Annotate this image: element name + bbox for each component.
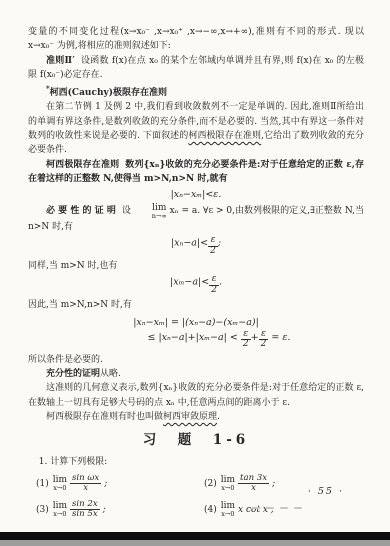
fraction-numerator: ε	[241, 330, 251, 339]
para-discussion: 在第二节例 1 及例 2 中,我们看到收敛数列不一定是单调的. 因此,准则Ⅱ所给…	[28, 100, 364, 157]
para-necessary-conclusion-text: 所以条件是必要的.	[28, 355, 103, 365]
formula-triangle-line1: |xₙ−xₘ| = |(xₙ−a)−(xₘ−a)|	[28, 315, 364, 330]
fraction-denominator: x	[238, 483, 269, 493]
formula-cauchy-condition: |xₙ−xₘ|<ε.	[28, 188, 364, 201]
fraction-denominator: sin 5x	[70, 509, 100, 519]
fraction-numerator: sin 2x	[70, 500, 100, 509]
fraction-denominator: x	[70, 483, 101, 493]
formula-line2-post: = ε.	[268, 332, 290, 343]
para-sufficiency: 充分性的证明从略.	[28, 367, 364, 381]
criterion-statement-label: 柯西极限存在准则	[46, 160, 119, 170]
lim-subscript: x→0	[221, 511, 235, 518]
fraction-epsilon-half: ε2	[209, 275, 219, 295]
fraction-denominator: 2	[259, 339, 269, 349]
para-geometric-meaning: 这准则的几何意义表示,数列{xₙ}收敛的充分必要条件是:对于任意给定的正数 ε,…	[28, 381, 364, 410]
criterion-2-text: 设函数 f(x)在点 x₀ 的某个左邻域内单调并且有界,则 f(x)在 x₀ 的…	[28, 56, 364, 80]
limit-operator: limx→0	[53, 502, 67, 518]
exercise-2-fraction: tan 3xx	[238, 474, 269, 493]
exercise-item-3: (3) limx→0 sin 2xsin 5x ;	[36, 499, 204, 521]
limit-operator: limx→0	[221, 502, 235, 518]
exercise-item-1: (1) limx→0 sin ωxx ;	[36, 473, 204, 495]
lim-subscript: x→0	[53, 511, 67, 518]
para-necessary-conclusion: 所以条件是必要的.	[28, 353, 364, 367]
scan-artifact-dashes	[252, 507, 322, 511]
fraction-numerator: ε	[259, 330, 269, 339]
para-therefore-text: 因此,当 m>N,n>N 时,有	[28, 300, 132, 310]
formula-xm-bound-post: .	[219, 277, 222, 288]
exercises-intro: 1. 计算下列极限:	[28, 455, 364, 469]
term-cauchy-criterion: 柯西极限存在准则	[188, 131, 261, 141]
para-variable-processes: 变量的不同变化过程(x→x₀⁻ ,x→x₀⁺ ,x→−∞,x→+∞),准则有不同…	[28, 25, 364, 54]
fraction-numerator: sin ωx	[70, 474, 101, 483]
exercise-3-fraction: sin 2xsin 5x	[70, 500, 100, 519]
textbook-page: 变量的不同变化过程(x→x₀⁻ ,x→x₀⁺ ,x→−∞,x→+∞),准则有不同…	[0, 0, 390, 521]
sufficiency-label: 充分性的证明	[46, 369, 100, 379]
lim-subscript: x→0	[221, 485, 235, 492]
para-alias-post: .	[217, 412, 220, 422]
fraction-denominator: 2	[209, 285, 219, 295]
exercise-3-tail: ;	[103, 503, 106, 517]
fraction-denominator: 2	[241, 339, 251, 349]
fraction-numerator: ε	[208, 236, 218, 245]
limit-operator: limx→0	[221, 476, 235, 492]
formula-line2-plus: +	[251, 332, 259, 343]
formula-triangle-line2: ≤ |xₙ−a|+|xₘ−a| < ε2+ε2 = ε.	[28, 330, 364, 350]
para-alias-pre: 柯西极限存在准则有时也叫做	[46, 412, 163, 422]
formula-xm-bound-pre: |xₘ−a|<	[170, 277, 209, 288]
exercise-1-fraction: sin ωxx	[70, 474, 101, 493]
para-similarly-text: 同样,当 m>N 时,也有	[28, 261, 117, 271]
fraction-denominator: 2	[208, 246, 218, 256]
scan-artifact-black-bar	[0, 532, 390, 540]
para-geometric-meaning-text: 这准则的几何意义表示,数列{xₙ}收敛的充分必要条件是:对于任意给定的正数 ε,…	[28, 383, 364, 407]
para-therefore: 因此,当 m>N,n>N 时,有	[28, 298, 364, 312]
exercises-heading: 习 题 1-6	[28, 433, 364, 447]
para-alias: 柯西极限存在准则有时也叫做柯西审敛原理.	[28, 410, 364, 424]
necessity-proof-label: 必 要 性 的 证 明	[46, 206, 116, 216]
para-variable-processes-text: 变量的不同变化过程(x→x₀⁻ ,x→x₀⁺ ,x→−∞,x→+∞),准则有不同…	[28, 27, 364, 51]
scan-artifact-gray-strip	[0, 540, 390, 546]
necessity-seg1: 设	[122, 206, 134, 216]
exercise-4-label: (4)	[204, 503, 217, 517]
formula-triangle-inequality: |xₙ−xₘ| = |(xₙ−a)−(xₘ−a)| ≤ |xₙ−a|+|xₘ−a…	[28, 315, 364, 350]
fraction-epsilon-half: ε2	[259, 330, 269, 350]
exercise-1-label: (1)	[36, 477, 49, 491]
sufficiency-text: 从略.	[100, 369, 121, 379]
para-criterion-statement: 柯西极限存在准则数列{xₙ}收敛的充分必要条件是:对于任意给定的正数 ε,存在着…	[28, 158, 364, 187]
para-criterion-2-prime: 准则Ⅱ′设函数 f(x)在点 x₀ 的某个左邻域内单调并且有界,则 f(x)在 …	[28, 54, 364, 83]
lim-subscript: n→∞	[134, 213, 167, 220]
lim-subscript: x→0	[53, 485, 67, 492]
formula-xn-bound: |xₙ−a|<ε2;	[28, 236, 364, 256]
exercise-2-tail: ;	[272, 477, 275, 491]
page-number: · 55 ·	[308, 486, 344, 497]
fraction-numerator: ε	[209, 275, 219, 284]
heading-cauchy-criterion: *柯西(Cauchy)极限存在准则	[28, 82, 364, 100]
formula-xm-bound: |xₘ−a|<ε2.	[28, 275, 364, 295]
limit-operator: limn→∞	[134, 204, 167, 220]
fraction-numerator: tan 3x	[238, 474, 269, 483]
term-cauchy-principle: 柯西审敛原理	[163, 412, 217, 422]
formula-line2-pre: ≤ |xₙ−a|+|xₘ−a| <	[148, 332, 241, 343]
para-similarly: 同样,当 m>N 时,也有	[28, 259, 364, 273]
criterion-2-label: 准则Ⅱ′	[46, 56, 75, 66]
formula-xn-bound-pre: |xₙ−a|<	[171, 238, 208, 249]
heading-cauchy-text: 柯西(Cauchy)极限存在准则	[50, 88, 167, 98]
exercise-1-tail: ;	[104, 477, 107, 491]
limit-operator: limx→0	[53, 476, 67, 492]
fraction-epsilon-half: ε2	[241, 330, 251, 350]
exercise-2-label: (2)	[204, 477, 217, 491]
fraction-epsilon-half: ε2	[208, 236, 218, 256]
para-necessity-proof: 必 要 性 的 证 明设 limn→∞ xₙ = a. ∀ε > 0,由数列极限…	[28, 204, 364, 234]
formula-xn-bound-post: ;	[218, 238, 221, 249]
exercise-3-label: (3)	[36, 503, 49, 517]
formula-cauchy-condition-text: |xₙ−xₘ|<ε.	[171, 189, 222, 200]
